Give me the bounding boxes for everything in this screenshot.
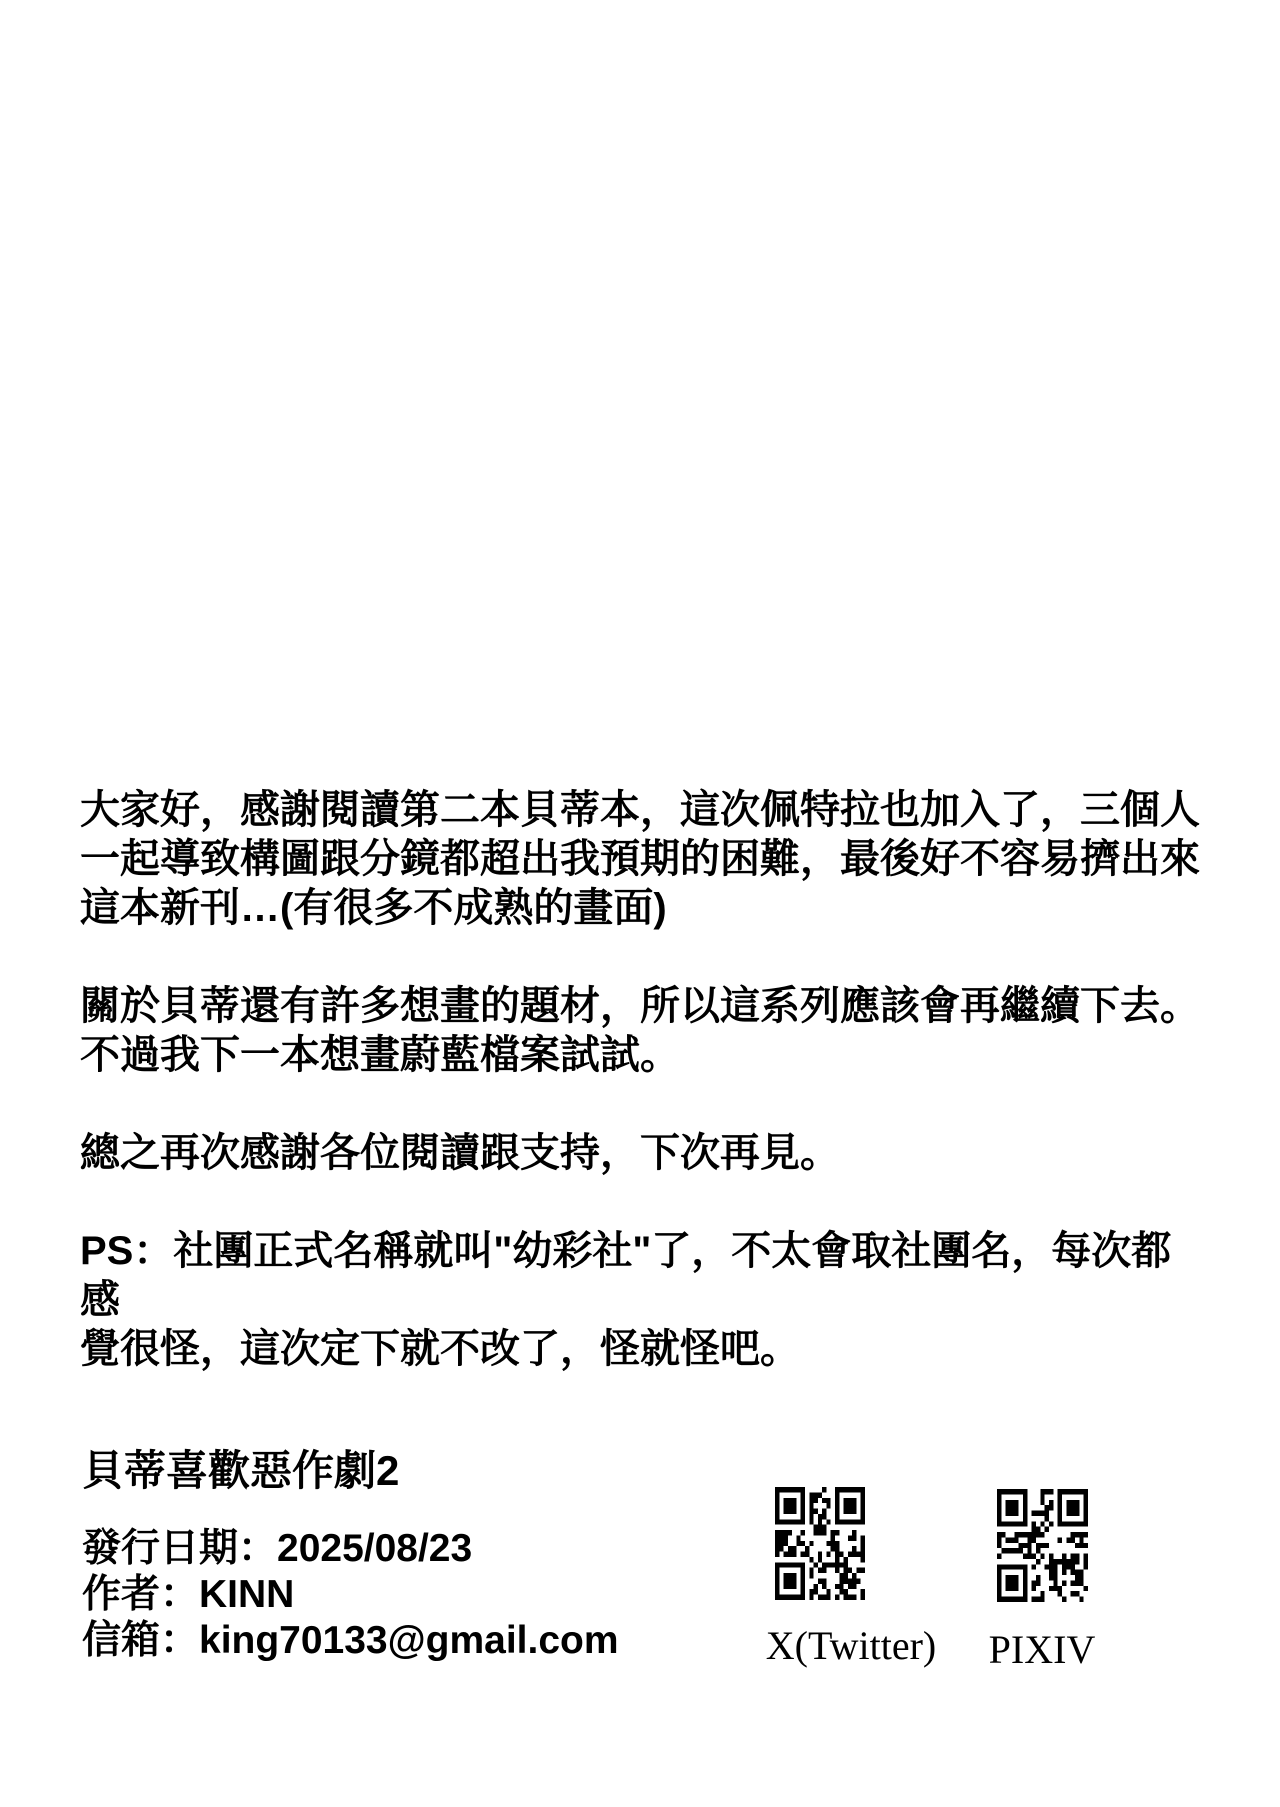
afterword-paragraph-2: 關於貝蒂還有許多想畫的題材，所以這系列應該會再繼續下去。 不過我下一本想畫蔚藍檔… <box>80 982 1210 1080</box>
twitter-qr-label: X(Twitter) <box>766 1622 936 1669</box>
colophon-block: 發行日期：2025/08/23 作者：KINN 信箱：king70133@gma… <box>82 1526 619 1664</box>
afterword-paragraph-ps: PS：社團正式名稱就叫"幼彩社"了，不太會取社團名，每次都感 覺很怪，這次定下就… <box>80 1227 1210 1374</box>
pixiv-qr-label: PIXIV <box>989 1626 1096 1673</box>
twitter-qr-code-icon <box>775 1487 865 1600</box>
email-line: 信箱：king70133@gmail.com <box>82 1618 619 1664</box>
afterword-text-block: 大家好，感謝閱讀第二本貝蒂本，這次佩特拉也加入了，三個人 一起導致構圖跟分鏡都超… <box>80 786 1210 1423</box>
afterword-paragraph-1: 大家好，感謝閱讀第二本貝蒂本，這次佩特拉也加入了，三個人 一起導致構圖跟分鏡都超… <box>80 786 1210 933</box>
afterword-page: 大家好，感謝閱讀第二本貝蒂本，這次佩特拉也加入了，三個人 一起導致構圖跟分鏡都超… <box>0 0 1280 1807</box>
afterword-paragraph-3: 總之再次感謝各位閱讀跟支持，下次再見。 <box>80 1129 1210 1178</box>
pixiv-qr-code-icon <box>997 1489 1088 1602</box>
book-title: 貝蒂喜歡惡作劇2 <box>82 1438 399 1498</box>
author-line: 作者：KINN <box>82 1572 619 1618</box>
release-date-line: 發行日期：2025/08/23 <box>82 1526 619 1572</box>
